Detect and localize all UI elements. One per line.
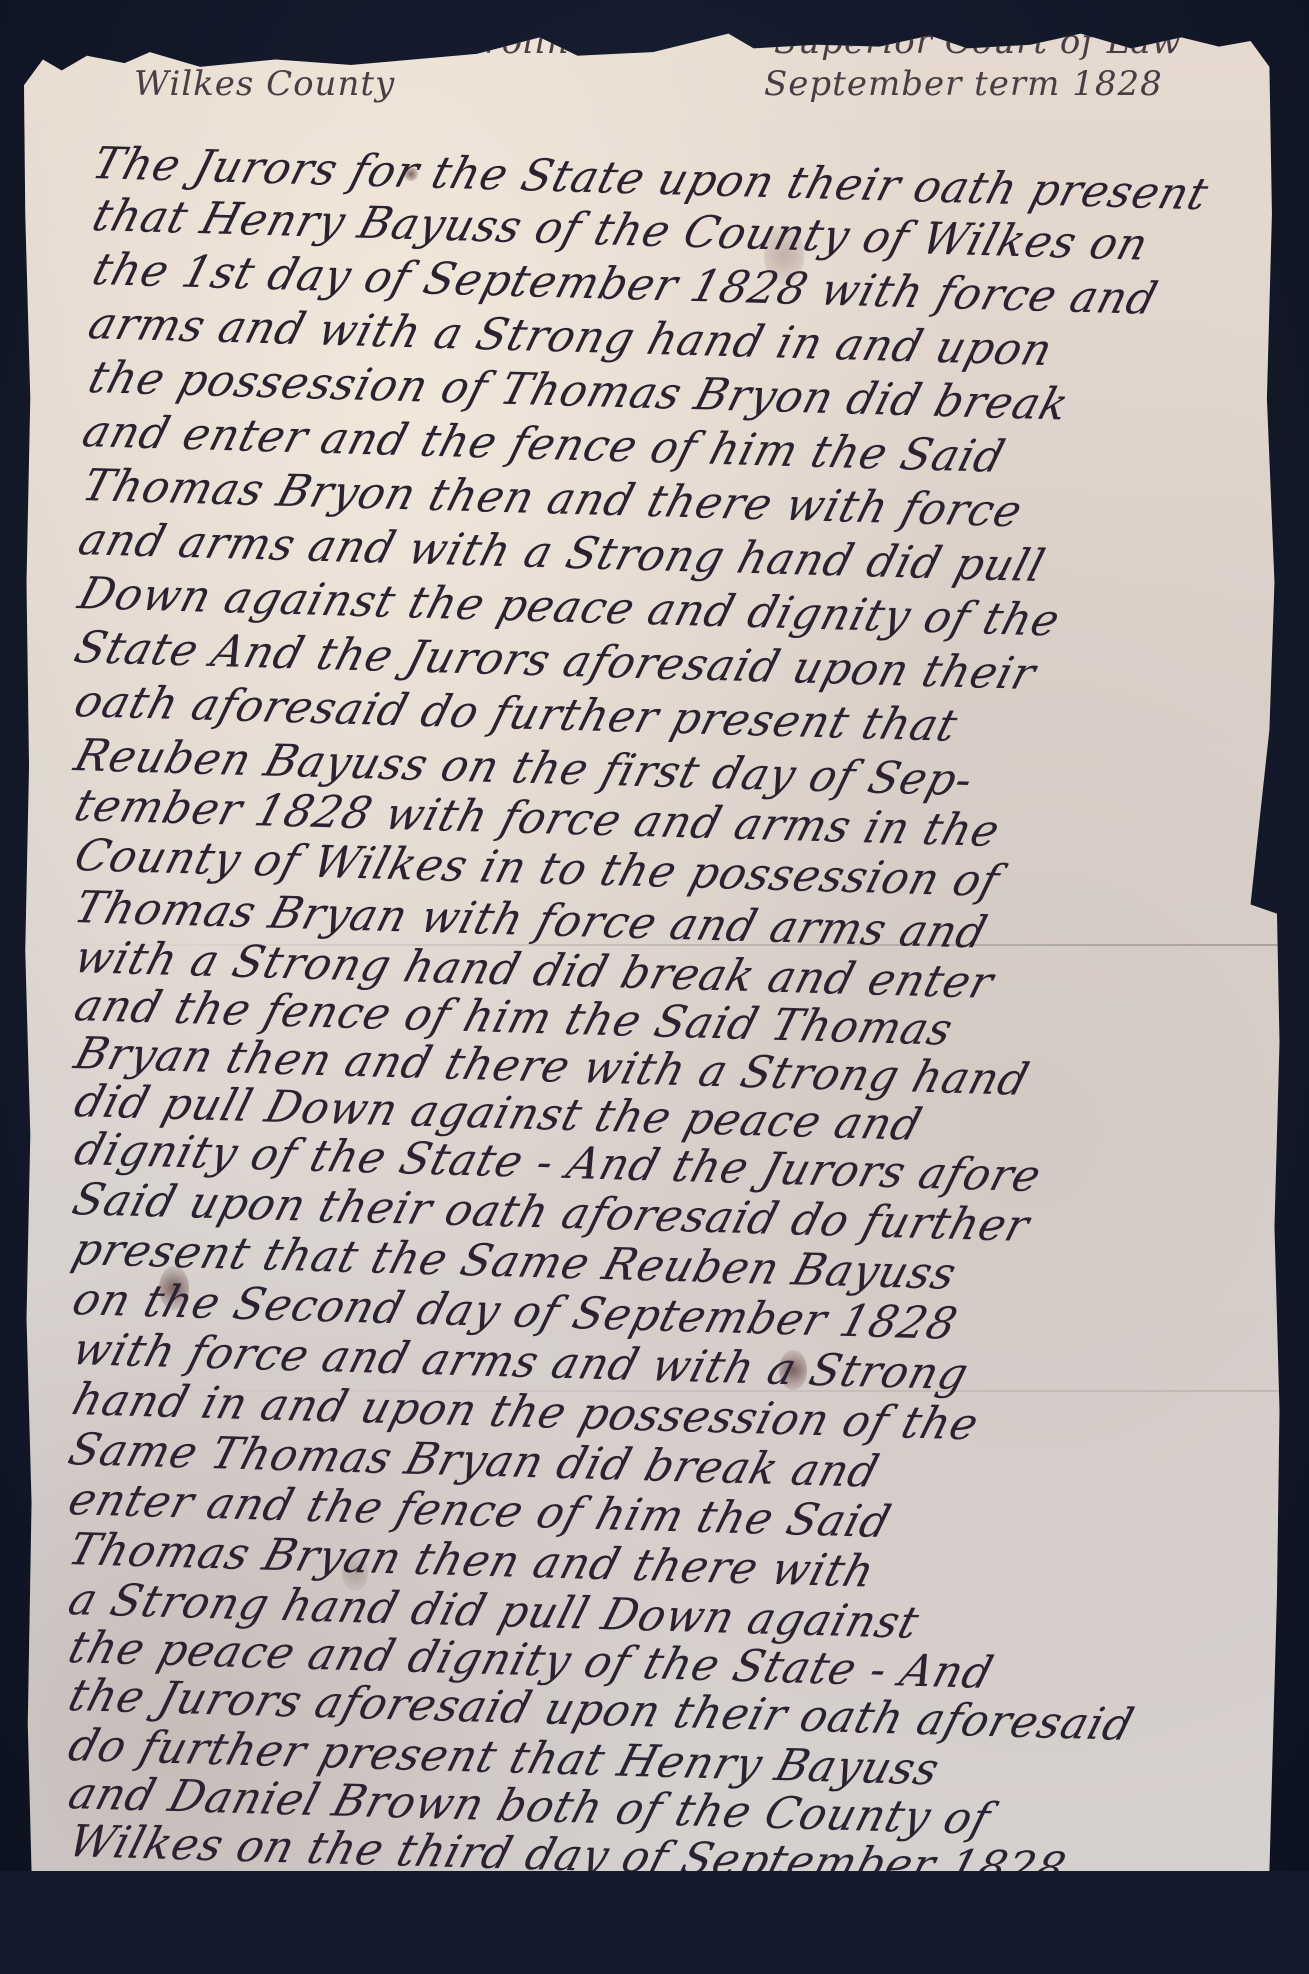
document-page: State of [North] Carolina Superior Court… (24, 30, 1282, 1871)
header-county: Wilkes County (134, 64, 395, 104)
header-term: September term 1828 (764, 64, 1163, 104)
